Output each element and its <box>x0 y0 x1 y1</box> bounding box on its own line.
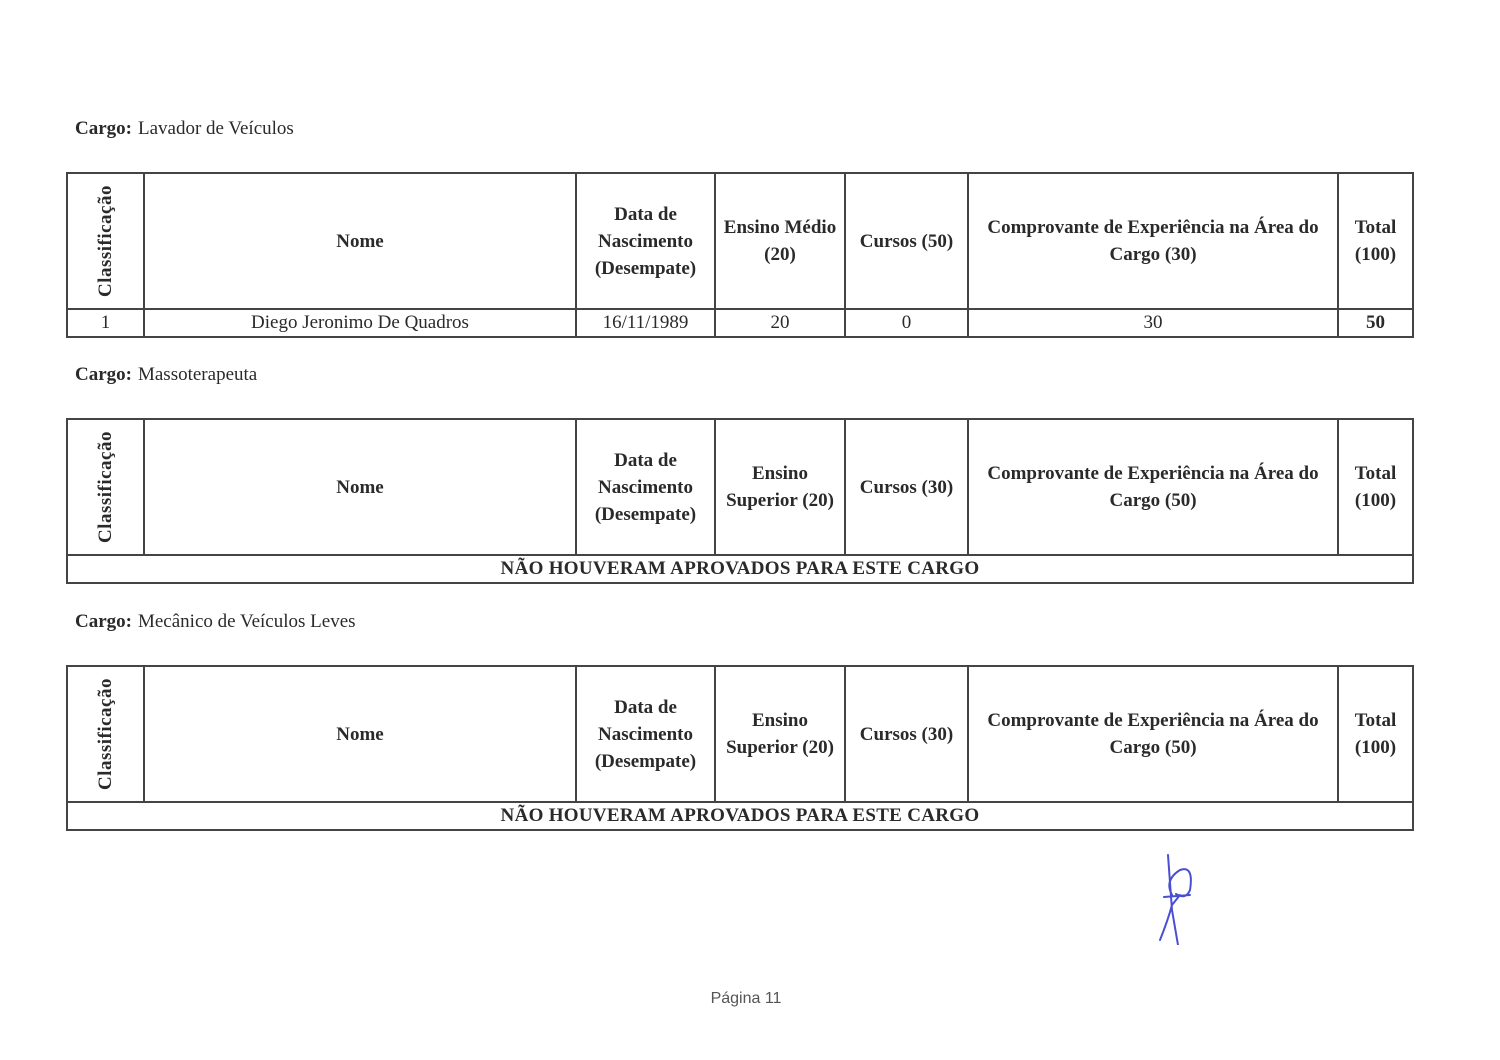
cargo-title-massoterapeuta: Cargo:Massoterapeuta <box>75 364 257 386</box>
header-classificacao: Classificação <box>67 666 144 802</box>
cell-data-nascimento: 16/11/1989 <box>576 309 715 337</box>
header-cursos: Cursos (30) <box>845 419 968 555</box>
cell-classificacao: 1 <box>67 309 144 337</box>
header-total: Total (100) <box>1338 666 1413 802</box>
header-experiencia: Comprovante de Experiência na Área do Ca… <box>968 419 1338 555</box>
header-ensino: Ensino Superior (20) <box>715 419 845 555</box>
cargo-name: Lavador de Veículos <box>138 118 294 139</box>
header-data-nascimento: Data de Nascimento (Desempate) <box>576 419 715 555</box>
results-table-lavador: Classificação Nome Data de Nascimento (D… <box>66 172 1414 338</box>
cargo-label: Cargo: <box>75 118 132 139</box>
header-cursos: Cursos (30) <box>845 666 968 802</box>
cargo-name: Massoterapeuta <box>138 364 257 385</box>
header-ensino: Ensino Médio (20) <box>715 173 845 309</box>
cell-total: 50 <box>1338 309 1413 337</box>
cargo-label: Cargo: <box>75 611 132 632</box>
cargo-name: Mecânico de Veículos Leves <box>138 611 356 632</box>
cell-cursos: 0 <box>845 309 968 337</box>
cell-experiencia: 30 <box>968 309 1338 337</box>
table-header-row: Classificação Nome Data de Nascimento (D… <box>67 666 1413 802</box>
empty-row: NÃO HOUVERAM APROVADOS PARA ESTE CARGO <box>67 555 1413 583</box>
header-data-nascimento: Data de Nascimento (Desempate) <box>576 173 715 309</box>
table-row: 1 Diego Jeronimo De Quadros 16/11/1989 2… <box>67 309 1413 337</box>
table-header-row: Classificação Nome Data de Nascimento (D… <box>67 419 1413 555</box>
header-nome: Nome <box>144 173 576 309</box>
cargo-label: Cargo: <box>75 364 132 385</box>
header-data-nascimento: Data de Nascimento (Desempate) <box>576 666 715 802</box>
header-total: Total (100) <box>1338 419 1413 555</box>
header-classificacao: Classificação <box>67 419 144 555</box>
header-classificacao: Classificação <box>67 173 144 309</box>
header-nome: Nome <box>144 666 576 802</box>
header-nome: Nome <box>144 419 576 555</box>
table-header-row: Classificação Nome Data de Nascimento (D… <box>67 173 1413 309</box>
header-cursos: Cursos (50) <box>845 173 968 309</box>
header-ensino: Ensino Superior (20) <box>715 666 845 802</box>
cell-nome: Diego Jeronimo De Quadros <box>144 309 576 337</box>
cargo-title-mecanico: Cargo:Mecânico de Veículos Leves <box>75 611 356 633</box>
handwritten-signature <box>1150 850 1210 945</box>
no-approved-message: NÃO HOUVERAM APROVADOS PARA ESTE CARGO <box>67 802 1413 830</box>
cargo-title-lavador: Cargo:Lavador de Veículos <box>75 118 294 140</box>
header-experiencia: Comprovante de Experiência na Área do Ca… <box>968 173 1338 309</box>
header-total: Total (100) <box>1338 173 1413 309</box>
results-table-mecanico: Classificação Nome Data de Nascimento (D… <box>66 665 1414 831</box>
header-experiencia: Comprovante de Experiência na Área do Ca… <box>968 666 1338 802</box>
results-table-massoterapeuta: Classificação Nome Data de Nascimento (D… <box>66 418 1414 584</box>
empty-row: NÃO HOUVERAM APROVADOS PARA ESTE CARGO <box>67 802 1413 830</box>
page-number: Página 11 <box>0 990 1492 1008</box>
cell-ensino: 20 <box>715 309 845 337</box>
no-approved-message: NÃO HOUVERAM APROVADOS PARA ESTE CARGO <box>67 555 1413 583</box>
